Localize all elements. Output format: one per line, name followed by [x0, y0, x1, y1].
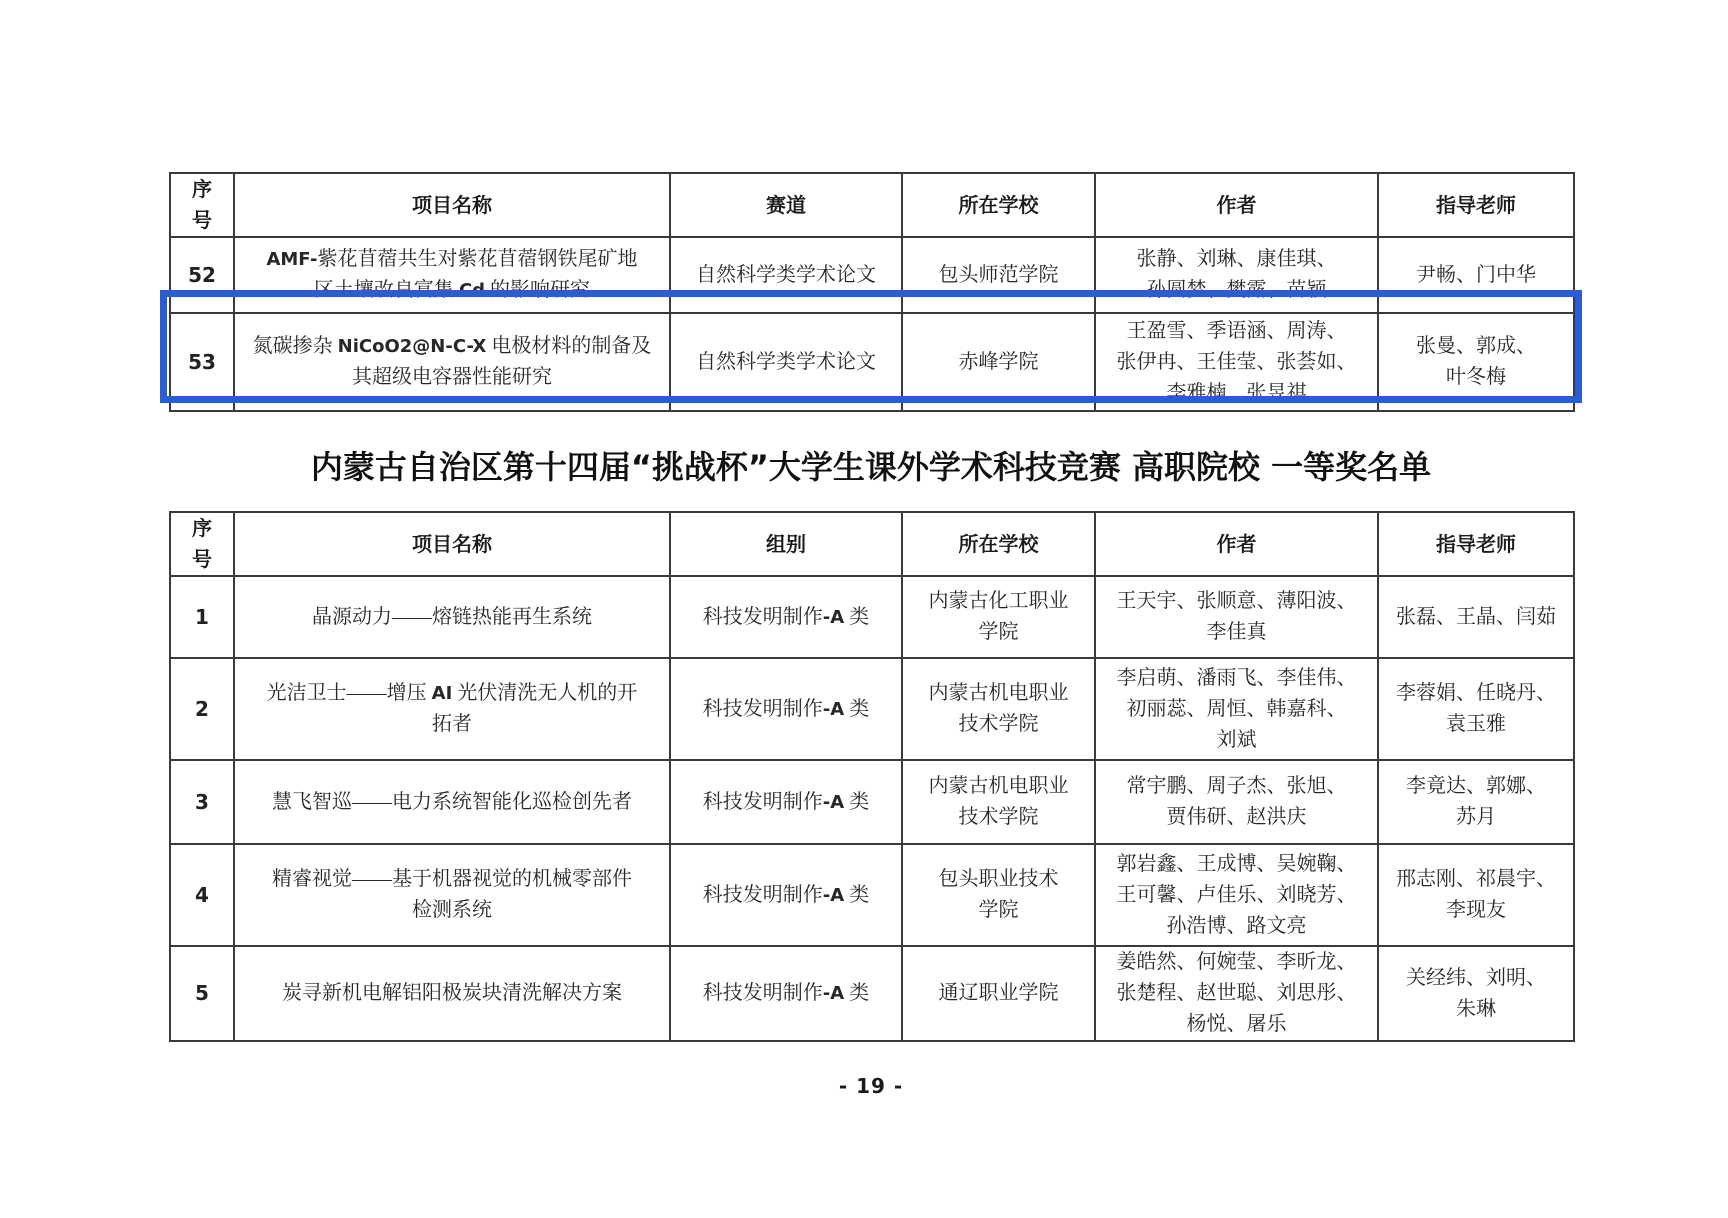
advisors-cell: 李竟达、郭娜、 苏月 — [1378, 760, 1574, 844]
project-name-cell: AMF-紫花苜蓿共生对紫花苜蓿钢铁尾矿地 区土壤改良富集 Cd 的影响研究 — [234, 237, 670, 313]
project-name-cell: 精睿视觉——基于机器视觉的机械零部件 检测系统 — [234, 844, 670, 946]
table-row-52: 52 AMF-紫花苜蓿共生对紫花苜蓿钢铁尾矿地 区土壤改良富集 Cd 的影响研究… — [170, 237, 1574, 313]
group-cell: 科技发明制作-A 类 — [670, 844, 902, 946]
table-row-1: 1 晶源动力——熔链热能再生系统 科技发明制作-A 类 内蒙古化工职业 学院 王… — [170, 576, 1574, 658]
school-cell: 内蒙古化工职业 学院 — [902, 576, 1095, 658]
project-name-cell: 慧飞智巡——电力系统智能化巡检创先者 — [234, 760, 670, 844]
school-cell: 内蒙古机电职业 技术学院 — [902, 658, 1095, 760]
table-row-4: 4 精睿视觉——基于机器视觉的机械零部件 检测系统 科技发明制作-A 类 包头职… — [170, 844, 1574, 946]
project-name-cell: 氮碳掺杂 NiCoO2@N-C-X 电极材料的制备及 其超级电容器性能研究 — [234, 313, 670, 411]
authors-cell: 姜皓然、何婉莹、李昕龙、 张楚程、赵世聪、刘思彤、 杨悦、屠乐 — [1095, 946, 1378, 1041]
school-cell: 内蒙古机电职业 技术学院 — [902, 760, 1095, 844]
advisors-cell: 尹畅、门中华 — [1378, 237, 1574, 313]
seq-cell: 5 — [170, 946, 234, 1041]
advisors-cell: 关经纬、刘明、 朱琳 — [1378, 946, 1574, 1041]
col-header-school: 所在学校 — [902, 173, 1095, 237]
project-name-cell: 光洁卫士——增压 AI 光伏清洗无人机的开 拓者 — [234, 658, 670, 760]
vocational-awards-table: 序号 项目名称 组别 所在学校 作者 指导老师 1 晶源动力——熔链热能再生系统… — [169, 511, 1575, 1042]
table-header-row: 序号 项目名称 赛道 所在学校 作者 指导老师 — [170, 173, 1574, 237]
school-cell: 通辽职业学院 — [902, 946, 1095, 1041]
table-row-3: 3 慧飞智巡——电力系统智能化巡检创先者 科技发明制作-A 类 内蒙古机电职业 … — [170, 760, 1574, 844]
project-name-cell: 晶源动力——熔链热能再生系统 — [234, 576, 670, 658]
group-cell: 科技发明制作-A 类 — [670, 576, 902, 658]
col-header-project: 项目名称 — [234, 512, 670, 576]
advisors-cell: 李蓉娟、任晓丹、 袁玉雅 — [1378, 658, 1574, 760]
authors-cell: 王天宇、张顺意、薄阳波、 李佳真 — [1095, 576, 1378, 658]
page-number: - 19 - — [169, 1074, 1573, 1098]
col-header-advisors: 指导老师 — [1378, 173, 1574, 237]
authors-cell: 王盈雪、季语涵、周涛、 张伊冉、王佳莹、张荟如、 李雅楠、张昱祺 — [1095, 313, 1378, 411]
seq-cell: 1 — [170, 576, 234, 658]
group-cell: 科技发明制作-A 类 — [670, 946, 902, 1041]
advisors-cell: 张曼、郭成、 叶冬梅 — [1378, 313, 1574, 411]
table-header-row: 序号 项目名称 组别 所在学校 作者 指导老师 — [170, 512, 1574, 576]
col-header-track: 赛道 — [670, 173, 902, 237]
group-cell: 科技发明制作-A 类 — [670, 760, 902, 844]
col-header-group: 组别 — [670, 512, 902, 576]
track-cell: 自然科学类学术论文 — [670, 237, 902, 313]
school-cell: 包头师范学院 — [902, 237, 1095, 313]
table-row-5: 5 炭寻新机电解铝阳极炭块清洗解决方案 科技发明制作-A 类 通辽职业学院 姜皓… — [170, 946, 1574, 1041]
col-header-authors: 作者 — [1095, 173, 1378, 237]
col-header-project: 项目名称 — [234, 173, 670, 237]
seq-cell: 2 — [170, 658, 234, 760]
section-title: 内蒙古自治区第十四届“挑战杯”大学生课外学术科技竞赛 高职院校 一等奖名单 — [169, 446, 1573, 488]
col-header-authors: 作者 — [1095, 512, 1378, 576]
school-cell: 赤峰学院 — [902, 313, 1095, 411]
advisors-cell: 邢志刚、祁晨宇、 李现友 — [1378, 844, 1574, 946]
undergrad-table-wrapper: 序号 项目名称 赛道 所在学校 作者 指导老师 52 AMF-紫花苜蓿共生对紫花… — [169, 172, 1573, 412]
table-row-2: 2 光洁卫士——增压 AI 光伏清洗无人机的开 拓者 科技发明制作-A 类 内蒙… — [170, 658, 1574, 760]
seq-cell: 53 — [170, 313, 234, 411]
col-header-seq: 序号 — [170, 173, 234, 237]
advisors-cell: 张磊、王晶、闫茹 — [1378, 576, 1574, 658]
col-header-school: 所在学校 — [902, 512, 1095, 576]
undergrad-awards-table: 序号 项目名称 赛道 所在学校 作者 指导老师 52 AMF-紫花苜蓿共生对紫花… — [169, 172, 1575, 412]
group-cell: 科技发明制作-A 类 — [670, 658, 902, 760]
project-name-cell: 炭寻新机电解铝阳极炭块清洗解决方案 — [234, 946, 670, 1041]
seq-cell: 3 — [170, 760, 234, 844]
track-cell: 自然科学类学术论文 — [670, 313, 902, 411]
document-page: 序号 项目名称 赛道 所在学校 作者 指导老师 52 AMF-紫花苜蓿共生对紫花… — [0, 0, 1728, 1218]
document-content: 序号 项目名称 赛道 所在学校 作者 指导老师 52 AMF-紫花苜蓿共生对紫花… — [169, 172, 1573, 1098]
seq-cell: 4 — [170, 844, 234, 946]
table-row-53-highlighted: 53 氮碳掺杂 NiCoO2@N-C-X 电极材料的制备及 其超级电容器性能研究… — [170, 313, 1574, 411]
school-cell: 包头职业技术 学院 — [902, 844, 1095, 946]
authors-cell: 常宇鹏、周子杰、张旭、 贾伟研、赵洪庆 — [1095, 760, 1378, 844]
authors-cell: 郭岩鑫、王成博、吴婉鞠、 王可馨、卢佳乐、刘晓芳、 孙浩博、路文亮 — [1095, 844, 1378, 946]
seq-cell: 52 — [170, 237, 234, 313]
col-header-seq: 序号 — [170, 512, 234, 576]
authors-cell: 张静、刘琳、康佳琪、 孙圆梦、樊露、苗颖 — [1095, 237, 1378, 313]
authors-cell: 李启萌、潘雨飞、李佳伟、 初丽蕊、周恒、韩嘉科、 刘斌 — [1095, 658, 1378, 760]
col-header-advisors: 指导老师 — [1378, 512, 1574, 576]
